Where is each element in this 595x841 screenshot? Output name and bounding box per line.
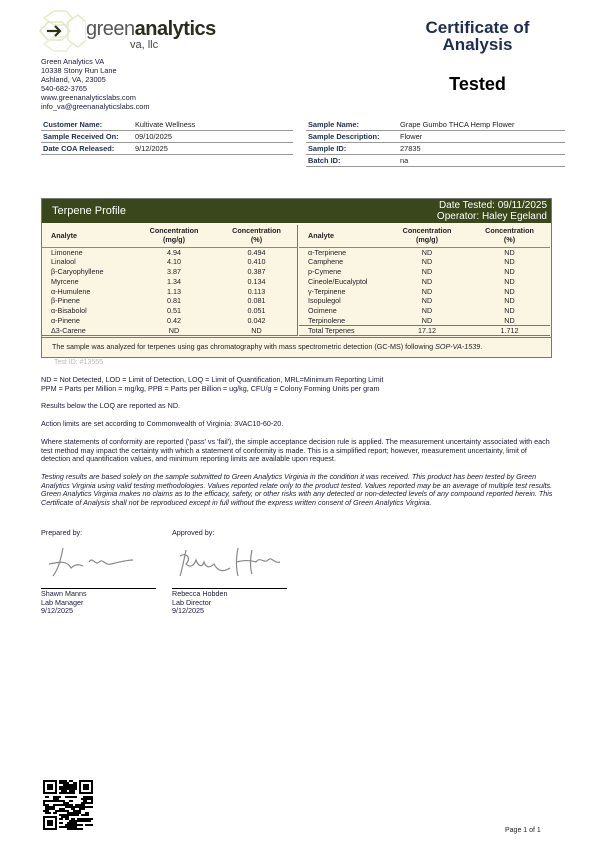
table-row: Limonene4.940.494 — [42, 247, 298, 257]
info-label: Date COA Released: — [41, 143, 133, 155]
analyte-cell: α-Terpinene — [299, 247, 385, 257]
concentration-pct-cell: 0.134 — [216, 276, 298, 286]
abbrev-line-1: ND = Not Detected, LOD = Limit of Detect… — [41, 375, 383, 384]
table-row: TerpinoleneNDND — [299, 316, 550, 326]
table-row: α-Pinene0.420.042 — [42, 316, 298, 326]
concentration-pct-cell: ND — [469, 306, 550, 316]
concentration-pct-cell: ND — [469, 296, 550, 306]
approved-by-name: Rebecca Hobden — [172, 588, 287, 599]
analyte-cell: Isopulegol — [299, 296, 385, 306]
concentration-mg-cell: 0.81 — [132, 296, 216, 306]
report-notes: ND = Not Detected, LOD = Limit of Detect… — [41, 376, 553, 517]
method-end: . — [480, 342, 482, 351]
info-row: Customer Name:Kultivate Wellness — [41, 119, 293, 131]
concentration-pct-cell: ND — [469, 316, 550, 326]
total-pct: 1.712 — [469, 325, 550, 335]
col-header-pct: Concentration(%) — [216, 225, 298, 247]
lab-city: Ashland, VA, 23005 — [41, 75, 150, 84]
panel-title: Terpene Profile — [52, 205, 126, 217]
date-tested: Date Tested: 09/11/2025 — [437, 200, 547, 211]
qr-code-icon[interactable] — [43, 780, 93, 830]
lab-phone: 540-682-3765 — [41, 84, 150, 93]
concentration-mg-cell: ND — [385, 247, 469, 257]
table-row: Linalool4.100.410 — [42, 257, 298, 267]
lab-email: info_va@greenanalyticslabs.com — [41, 102, 150, 111]
info-value: na — [398, 155, 565, 167]
concentration-pct-cell: ND — [469, 267, 550, 277]
concentration-pct-cell: 0.410 — [216, 257, 298, 267]
concentration-mg-cell: 4.94 — [132, 247, 216, 257]
table-row: β-Caryophyllene3.870.387 — [42, 267, 298, 277]
info-row: Date COA Released:9/12/2025 — [41, 143, 293, 155]
concentration-mg-cell: ND — [132, 325, 216, 335]
action-limits-note: Action limits are set according to Commo… — [41, 420, 553, 429]
table-row: Myrcene1.340.134 — [42, 276, 298, 286]
company-logo: greenanalytics va, llc — [38, 8, 198, 54]
signature-image — [172, 542, 287, 582]
col-header-mg: Concentration(mg/g) — [132, 225, 216, 247]
title-line-2: Analysis — [405, 36, 550, 53]
logo-word-analytics: analytics — [135, 18, 216, 40]
analyte-cell: Myrcene — [42, 276, 132, 286]
analyte-cell: Terpinolene — [299, 316, 385, 326]
operator: Operator: Haley Egeland — [437, 211, 547, 222]
col-header-mg-l2: (mg/g) — [385, 236, 469, 245]
terpene-table-right: Analyte Concentration(mg/g) Concentratio… — [299, 225, 550, 336]
concentration-pct-cell: 0.051 — [216, 306, 298, 316]
approved-by-date: 9/12/2025 — [172, 607, 287, 616]
status-badge: Tested — [420, 74, 535, 95]
prepared-by-name: Shawn Manns — [41, 588, 156, 599]
analyte-cell: β-Pinene — [42, 296, 132, 306]
table-row: OcimeneNDND — [299, 306, 550, 316]
analyte-cell: Camphene — [299, 257, 385, 267]
analyte-cell: α-Pinene — [42, 316, 132, 326]
lab-name: Green Analytics VA — [41, 57, 150, 66]
concentration-mg-cell: 0.42 — [132, 316, 216, 326]
col-header-analyte: Analyte — [42, 225, 132, 247]
document-title: Certificate of Analysis — [405, 19, 550, 53]
info-value: 09/10/2025 — [133, 131, 293, 143]
total-row: Total Terpenes17.121.712 — [299, 325, 550, 335]
analyte-cell: p-Cymene — [299, 267, 385, 277]
test-meta: Date Tested: 09/11/2025 Operator: Haley … — [437, 200, 547, 222]
info-row: Sample Name:Grape Gumbo THCA Hemp Flower — [306, 119, 565, 131]
table-header-row: Analyte Concentration(mg/g) Concentratio… — [299, 225, 550, 247]
info-label: Sample Received On: — [41, 131, 133, 143]
concentration-mg-cell: 1.34 — [132, 276, 216, 286]
concentration-mg-cell: 3.87 — [132, 267, 216, 277]
concentration-pct-cell: ND — [469, 257, 550, 267]
table-row: p-CymeneNDND — [299, 267, 550, 277]
concentration-mg-cell: 0.51 — [132, 306, 216, 316]
method-sop: SOP-VA-1539 — [435, 342, 480, 351]
total-label: Total Terpenes — [299, 325, 385, 335]
table-row: α-TerpineneNDND — [299, 247, 550, 257]
info-value: 27835 — [398, 143, 565, 155]
col-header-analyte: Analyte — [299, 225, 385, 247]
method-statement: The sample was analyzed for terpenes usi… — [42, 337, 551, 351]
concentration-pct-cell: 0.042 — [216, 316, 298, 326]
lab-website: www.greenanalyticslabs.com — [41, 93, 150, 102]
concentration-pct-cell: ND — [216, 325, 298, 335]
concentration-pct-cell: 0.081 — [216, 296, 298, 306]
info-row: Sample ID:27835 — [306, 143, 565, 155]
approved-by-block: Approved by: Rebecca Hobden Lab Director… — [172, 529, 287, 616]
concentration-mg-cell: ND — [385, 286, 469, 296]
info-label: Sample Name: — [306, 119, 398, 131]
table-row: CampheneNDND — [299, 257, 550, 267]
concentration-pct-cell: ND — [469, 286, 550, 296]
terpene-table-left: Analyte Concentration(mg/g) Concentratio… — [42, 225, 298, 336]
abbreviations: ND = Not Detected, LOD = Limit of Detect… — [41, 376, 553, 393]
analyte-cell: Linalool — [42, 257, 132, 267]
info-value: Flower — [398, 131, 565, 143]
analyte-cell: β-Caryophyllene — [42, 267, 132, 277]
total-mg: 17.12 — [385, 325, 469, 335]
disclaimer: Testing results are based solely on the … — [41, 473, 553, 508]
customer-info-table: Customer Name:Kultivate Wellness Sample … — [41, 119, 293, 155]
analyte-cell: Limonene — [42, 247, 132, 257]
analyte-cell: γ-Terpinene — [299, 286, 385, 296]
col-header-pct: Concentration(%) — [469, 225, 550, 247]
lab-street: 10338 Stony Run Lane — [41, 66, 150, 75]
page-number: Page 1 of 1 — [505, 827, 541, 834]
concentration-pct-cell: 0.387 — [216, 267, 298, 277]
table-row: Cineole/EucalyptolNDND — [299, 276, 550, 286]
terpene-profile-panel: Terpene Profile Date Tested: 09/11/2025 … — [41, 198, 552, 358]
prepared-by-block: Prepared by: Shawn Manns Lab Manager 9/1… — [41, 529, 156, 616]
logo-subtitle: va, llc — [130, 39, 158, 51]
abbrev-line-2: PPM = Parts per Million = mg/kg, PPB = P… — [41, 384, 380, 393]
concentration-mg-cell: ND — [385, 306, 469, 316]
concentration-mg-cell: ND — [385, 257, 469, 267]
table-row: α-Bisabolol0.510.051 — [42, 306, 298, 316]
arrow-right-hexagon-icon — [38, 8, 86, 54]
lab-address: Green Analytics VA 10338 Stony Run Lane … — [41, 57, 150, 112]
table-row: α-Humulene1.130.113 — [42, 286, 298, 296]
prepared-by-label: Prepared by: — [41, 529, 156, 538]
table-row: IsopulegolNDND — [299, 296, 550, 306]
table-header-row: Analyte Concentration(mg/g) Concentratio… — [42, 225, 298, 247]
concentration-mg-cell: 1.13 — [132, 286, 216, 296]
col-header-mg: Concentration(mg/g) — [385, 225, 469, 247]
concentration-pct-cell: ND — [469, 276, 550, 286]
info-value: Grape Gumbo THCA Hemp Flower — [398, 119, 565, 131]
info-label: Batch ID: — [306, 155, 398, 167]
table-row: γ-TerpineneNDND — [299, 286, 550, 296]
analyte-cell: Ocimene — [299, 306, 385, 316]
info-value: 9/12/2025 — [133, 143, 293, 155]
info-label: Sample ID: — [306, 143, 398, 155]
test-id: Test ID: #13555 — [54, 359, 103, 366]
analyte-cell: α-Bisabolol — [42, 306, 132, 316]
info-row: Sample Received On:09/10/2025 — [41, 131, 293, 143]
table-row: Δ3-CareneNDND — [42, 325, 298, 335]
analyte-cell: Cineole/Eucalyptol — [299, 276, 385, 286]
table-row: β-Pinene0.810.081 — [42, 296, 298, 306]
concentration-mg-cell: ND — [385, 316, 469, 326]
info-row: Batch ID:na — [306, 155, 565, 167]
concentration-pct-cell: 0.494 — [216, 247, 298, 257]
approved-by-label: Approved by: — [172, 529, 287, 538]
col-header-pct-l2: (%) — [216, 236, 297, 245]
analyte-cell: α-Humulene — [42, 286, 132, 296]
title-line-1: Certificate of — [405, 19, 550, 36]
loq-note: Results below the LOQ are reported as ND… — [41, 402, 553, 411]
concentration-mg-cell: ND — [385, 267, 469, 277]
concentration-mg-cell: 4.10 — [132, 257, 216, 267]
concentration-mg-cell: ND — [385, 296, 469, 306]
method-text: The sample was analyzed for terpenes usi… — [52, 342, 435, 351]
info-value: Kultivate Wellness — [133, 119, 293, 131]
info-label: Sample Description: — [306, 131, 398, 143]
sample-info-table: Sample Name:Grape Gumbo THCA Hemp Flower… — [306, 119, 565, 167]
signature-image — [41, 542, 156, 582]
info-label: Customer Name: — [41, 119, 133, 131]
prepared-by-date: 9/12/2025 — [41, 607, 156, 616]
col-header-mg-l2: (mg/g) — [132, 236, 216, 245]
concentration-pct-cell: ND — [469, 247, 550, 257]
logo-wordmark: greenanalytics — [86, 18, 216, 41]
info-row: Sample Description:Flower — [306, 131, 565, 143]
analyte-cell: Δ3-Carene — [42, 325, 132, 335]
panel-header: Terpene Profile Date Tested: 09/11/2025 … — [42, 199, 551, 223]
concentration-pct-cell: 0.113 — [216, 286, 298, 296]
logo-word-green: green — [86, 18, 135, 40]
conformity-note: Where statements of conformity are repor… — [41, 438, 553, 464]
concentration-mg-cell: ND — [385, 276, 469, 286]
col-header-pct-l2: (%) — [469, 236, 550, 245]
